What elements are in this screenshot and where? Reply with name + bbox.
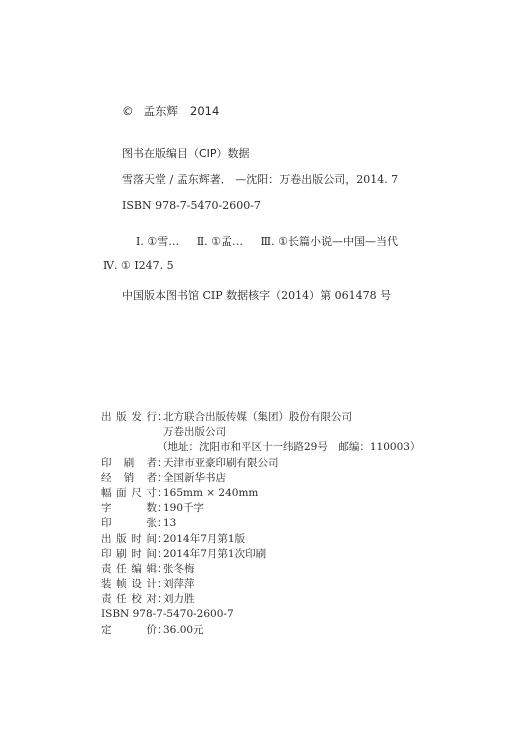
cip-classification-line-1: Ⅰ. ①雪… Ⅱ. ①孟… Ⅲ. ①长篇小说—中国—当代 bbox=[136, 235, 412, 249]
imprint-value: 2014年7月第1版 bbox=[163, 532, 245, 547]
imprint-row-proofreader: 责任校对：刘力胜 bbox=[101, 592, 420, 607]
cip-cn-record: 中国版本图书馆 CIP 数据核字（2014）第 061478 号 bbox=[122, 289, 391, 303]
imprint-value: 北方联合出版传媒（集团）股份有限公司 bbox=[163, 410, 352, 425]
imprint-row-isbn: ISBN 978-7-5470-2600-7 bbox=[101, 607, 420, 622]
cip-title: 图书在版编目（CIP）数据 bbox=[122, 147, 250, 161]
imprint-label: 幅面尺寸 bbox=[101, 486, 157, 501]
imprint-row-size: 幅面尺寸：165mm × 240mm bbox=[101, 486, 420, 501]
cip-class-item: Ⅰ. ①雪… bbox=[136, 235, 179, 248]
imprint-label: 出版时间 bbox=[101, 532, 157, 547]
copyright-year: 2014 bbox=[190, 104, 219, 118]
imprint-label: 责任校对 bbox=[101, 592, 157, 607]
imprint-label: 印 刷 者 bbox=[101, 456, 157, 471]
imprint-block: 出版发行：北方联合出版传媒（集团）股份有限公司 万卷出版公司 （地址：沈阳市和平… bbox=[101, 410, 420, 638]
imprint-label: 印刷时间 bbox=[101, 547, 157, 562]
imprint-row-publisher-address: （地址：沈阳市和平区十一纬路29号 邮编：110003） bbox=[101, 440, 420, 455]
imprint-label: 责任编辑 bbox=[101, 562, 157, 577]
imprint-label: 定 价 bbox=[101, 623, 157, 638]
copyright-holder: 孟东辉 bbox=[144, 104, 179, 118]
imprint-row-pubdate: 出版时间：2014年7月第1版 bbox=[101, 532, 420, 547]
cip-classification-line-2: Ⅳ. ① I247. 5 bbox=[103, 259, 174, 273]
imprint-label: 装帧设计 bbox=[101, 577, 157, 592]
imprint-value: 刘萍萍 bbox=[163, 577, 195, 592]
imprint-row-printer: 印 刷 者：天津市亚豪印刷有限公司 bbox=[101, 456, 420, 471]
imprint-row-printdate: 印刷时间：2014年7月第1次印刷 bbox=[101, 547, 420, 562]
imprint-value: 2014年7月第1次印刷 bbox=[163, 547, 266, 562]
cip-class-item: Ⅲ. ①长篇小说—中国—当代 bbox=[261, 235, 398, 248]
cip-class-item: Ⅱ. ①孟… bbox=[197, 235, 243, 248]
imprint-value: 全国新华书店 bbox=[163, 471, 226, 486]
imprint-isbn: ISBN 978-7-5470-2600-7 bbox=[101, 607, 234, 622]
imprint-row-editor: 责任编辑：张冬梅 bbox=[101, 562, 420, 577]
imprint-row-wordcount: 字 数：190千字 bbox=[101, 501, 420, 516]
imprint-value: 万卷出版公司 bbox=[163, 425, 226, 440]
imprint-price: 36.00元 bbox=[163, 623, 204, 638]
imprint-value: 天津市亚豪印刷有限公司 bbox=[163, 456, 279, 471]
imprint-value: 190千字 bbox=[163, 501, 204, 516]
imprint-row-price: 定 价：36.00元 bbox=[101, 623, 420, 638]
imprint-row-designer: 装帧设计：刘萍萍 bbox=[101, 577, 420, 592]
imprint-value: 13 bbox=[163, 516, 176, 531]
imprint-value: 165mm × 240mm bbox=[163, 486, 258, 501]
imprint-label: 出版发行 bbox=[101, 410, 157, 425]
imprint-label: 印 张 bbox=[101, 516, 157, 531]
imprint-label: 经 销 者 bbox=[101, 471, 157, 486]
imprint-value: 张冬梅 bbox=[163, 562, 195, 577]
imprint-value: （地址：沈阳市和平区十一纬路29号 邮编：110003） bbox=[157, 440, 420, 455]
cip-entry: 雪落天堂 / 孟东辉著． —沈阳：万卷出版公司，2014. 7 bbox=[122, 173, 398, 187]
copyright-line: ©孟东辉2014 bbox=[122, 104, 219, 118]
imprint-value: 刘力胜 bbox=[163, 592, 195, 607]
copyright-symbol: © bbox=[122, 104, 134, 118]
cip-isbn: ISBN 978-7-5470-2600-7 bbox=[122, 199, 261, 213]
imprint-row-sheets: 印 张：13 bbox=[101, 516, 420, 531]
imprint-row-publisher-cont: 万卷出版公司 bbox=[101, 425, 420, 440]
imprint-row-publisher: 出版发行：北方联合出版传媒（集团）股份有限公司 bbox=[101, 410, 420, 425]
imprint-row-distributor: 经 销 者：全国新华书店 bbox=[101, 471, 420, 486]
imprint-label: 字 数 bbox=[101, 501, 157, 516]
